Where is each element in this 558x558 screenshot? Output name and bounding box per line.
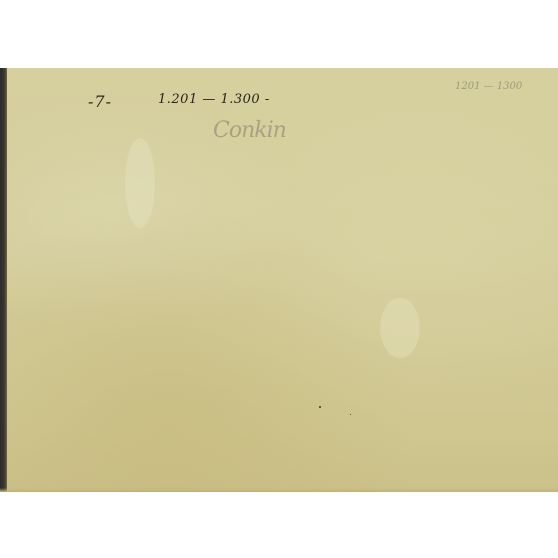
ink-speck	[350, 414, 351, 415]
page-bottom-edge	[0, 488, 558, 492]
binding-edge	[0, 68, 7, 492]
paper-stain	[380, 298, 420, 358]
number-range: 1.201 — 1.300 -	[158, 92, 270, 107]
document-page: -7- 1.201 — 1.300 - 1201 — 1300 Conkin	[0, 68, 558, 492]
ink-speck	[319, 406, 321, 408]
pencil-range-note: 1201 — 1300	[455, 81, 522, 92]
sheet-number: -7-	[88, 92, 112, 111]
paper-stain	[125, 138, 155, 228]
pencil-name-note: Conkin	[213, 118, 286, 143]
